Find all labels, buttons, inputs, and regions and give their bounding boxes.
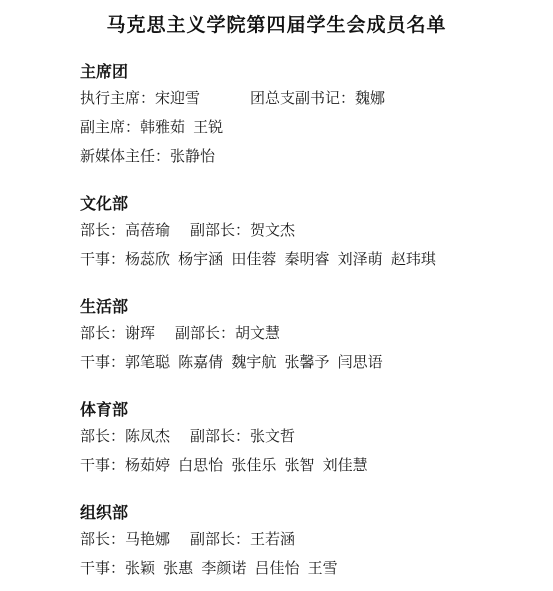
member-row: 干事：郭笔聪 陈嘉倩 魏宇航 张馨予 闫思语 — [80, 348, 513, 377]
role-entry: 干事：杨蕊欣 杨宇涵 田佳蓉 秦明睿 刘泽萌 赵玮琪 — [80, 245, 436, 274]
member-names: 陈凤杰 — [125, 428, 170, 445]
section-heading: 文化部 — [80, 195, 513, 215]
member-names: 胡文慧 — [235, 325, 280, 342]
role-label: 干事： — [80, 457, 125, 474]
member-row: 干事：杨茹婷 白思怡 张佳乐 张智 刘佳慧 — [80, 451, 513, 480]
member-names: 高蓓瑜 — [125, 222, 170, 239]
role-entry: 团总支副书记：魏娜 — [250, 84, 385, 113]
role-label: 副部长： — [190, 222, 250, 239]
member-names: 王若涵 — [250, 531, 295, 548]
role-entry: 部长：高蓓瑜 — [80, 216, 170, 245]
role-entry: 部长：马艳娜 — [80, 525, 170, 554]
role-entry: 执行主席：宋迎雪 — [80, 84, 200, 113]
member-row: 干事：张颖 张惠 李颜诺 吕佳怡 王雪 — [80, 554, 513, 583]
role-label: 部长： — [80, 325, 125, 342]
member-names: 宋迎雪 — [155, 90, 200, 107]
section-presidium: 主席团 执行主席：宋迎雪 团总支副书记：魏娜 副主席：韩雅茹 王锐 新媒体主任：… — [80, 63, 513, 171]
member-names: 魏娜 — [355, 90, 385, 107]
role-label: 部长： — [80, 428, 125, 445]
section-heading: 主席团 — [80, 63, 513, 83]
member-names: 韩雅茹 王锐 — [140, 119, 223, 136]
role-label: 干事： — [80, 354, 125, 371]
document-title: 马克思主义学院第四届学生会成员名单 — [0, 0, 553, 37]
role-label: 干事： — [80, 251, 125, 268]
role-label: 新媒体主任： — [80, 148, 170, 165]
member-names: 贺文杰 — [250, 222, 295, 239]
section-life: 生活部 部长：谢珲 副部长：胡文慧 干事：郭笔聪 陈嘉倩 魏宇航 张馨予 闫思语 — [80, 298, 513, 377]
section-heading: 组织部 — [80, 504, 513, 524]
member-row: 干事：杨蕊欣 杨宇涵 田佳蓉 秦明睿 刘泽萌 赵玮琪 — [80, 245, 513, 274]
member-row: 部长：谢珲 副部长：胡文慧 — [80, 319, 513, 348]
role-entry: 副主席：韩雅茹 王锐 — [80, 113, 223, 142]
member-names: 马艳娜 — [125, 531, 170, 548]
role-label: 副部长： — [175, 325, 235, 342]
role-label: 副部长： — [190, 428, 250, 445]
role-entry: 部长：陈凤杰 — [80, 422, 170, 451]
role-label: 副部长： — [190, 531, 250, 548]
member-row: 部长：马艳娜 副部长：王若涵 — [80, 525, 513, 554]
role-entry: 副部长：张文哲 — [190, 422, 295, 451]
role-entry: 干事：杨茹婷 白思怡 张佳乐 张智 刘佳慧 — [80, 451, 368, 480]
section-organization: 组织部 部长：马艳娜 副部长：王若涵 干事：张颖 张惠 李颜诺 吕佳怡 王雪 — [80, 504, 513, 583]
member-names: 谢珲 — [125, 325, 155, 342]
role-label: 执行主席： — [80, 90, 155, 107]
member-names: 杨蕊欣 杨宇涵 田佳蓉 秦明睿 刘泽萌 赵玮琪 — [125, 251, 436, 268]
member-row: 新媒体主任：张静怡 — [80, 142, 513, 171]
role-label: 团总支副书记： — [250, 90, 355, 107]
member-names: 张颖 张惠 李颜诺 吕佳怡 王雪 — [125, 560, 338, 577]
role-label: 副主席： — [80, 119, 140, 136]
section-heading: 生活部 — [80, 298, 513, 318]
member-list: 主席团 执行主席：宋迎雪 团总支副书记：魏娜 副主席：韩雅茹 王锐 新媒体主任：… — [0, 37, 553, 583]
section-sports: 体育部 部长：陈凤杰 副部长：张文哲 干事：杨茹婷 白思怡 张佳乐 张智 刘佳慧 — [80, 401, 513, 480]
role-label: 部长： — [80, 222, 125, 239]
document: 马克思主义学院第四届学生会成员名单 主席团 执行主席：宋迎雪 团总支副书记：魏娜… — [0, 0, 553, 591]
member-names: 张静怡 — [170, 148, 215, 165]
role-entry: 副部长：王若涵 — [190, 525, 295, 554]
role-entry: 副部长：胡文慧 — [175, 319, 280, 348]
member-row: 副主席：韩雅茹 王锐 — [80, 113, 513, 142]
member-row: 部长：高蓓瑜 副部长：贺文杰 — [80, 216, 513, 245]
role-entry: 部长：谢珲 — [80, 319, 155, 348]
role-label: 干事： — [80, 560, 125, 577]
role-entry: 干事：张颖 张惠 李颜诺 吕佳怡 王雪 — [80, 554, 338, 583]
member-names: 张文哲 — [250, 428, 295, 445]
member-row: 执行主席：宋迎雪 团总支副书记：魏娜 — [80, 84, 513, 113]
role-entry: 干事：郭笔聪 陈嘉倩 魏宇航 张馨予 闫思语 — [80, 348, 383, 377]
role-entry: 副部长：贺文杰 — [190, 216, 295, 245]
member-names: 郭笔聪 陈嘉倩 魏宇航 张馨予 闫思语 — [125, 354, 383, 371]
member-names: 杨茹婷 白思怡 张佳乐 张智 刘佳慧 — [125, 457, 368, 474]
role-entry: 新媒体主任：张静怡 — [80, 142, 215, 171]
section-culture: 文化部 部长：高蓓瑜 副部长：贺文杰 干事：杨蕊欣 杨宇涵 田佳蓉 秦明睿 刘泽… — [80, 195, 513, 274]
section-heading: 体育部 — [80, 401, 513, 421]
role-label: 部长： — [80, 531, 125, 548]
member-row: 部长：陈凤杰 副部长：张文哲 — [80, 422, 513, 451]
